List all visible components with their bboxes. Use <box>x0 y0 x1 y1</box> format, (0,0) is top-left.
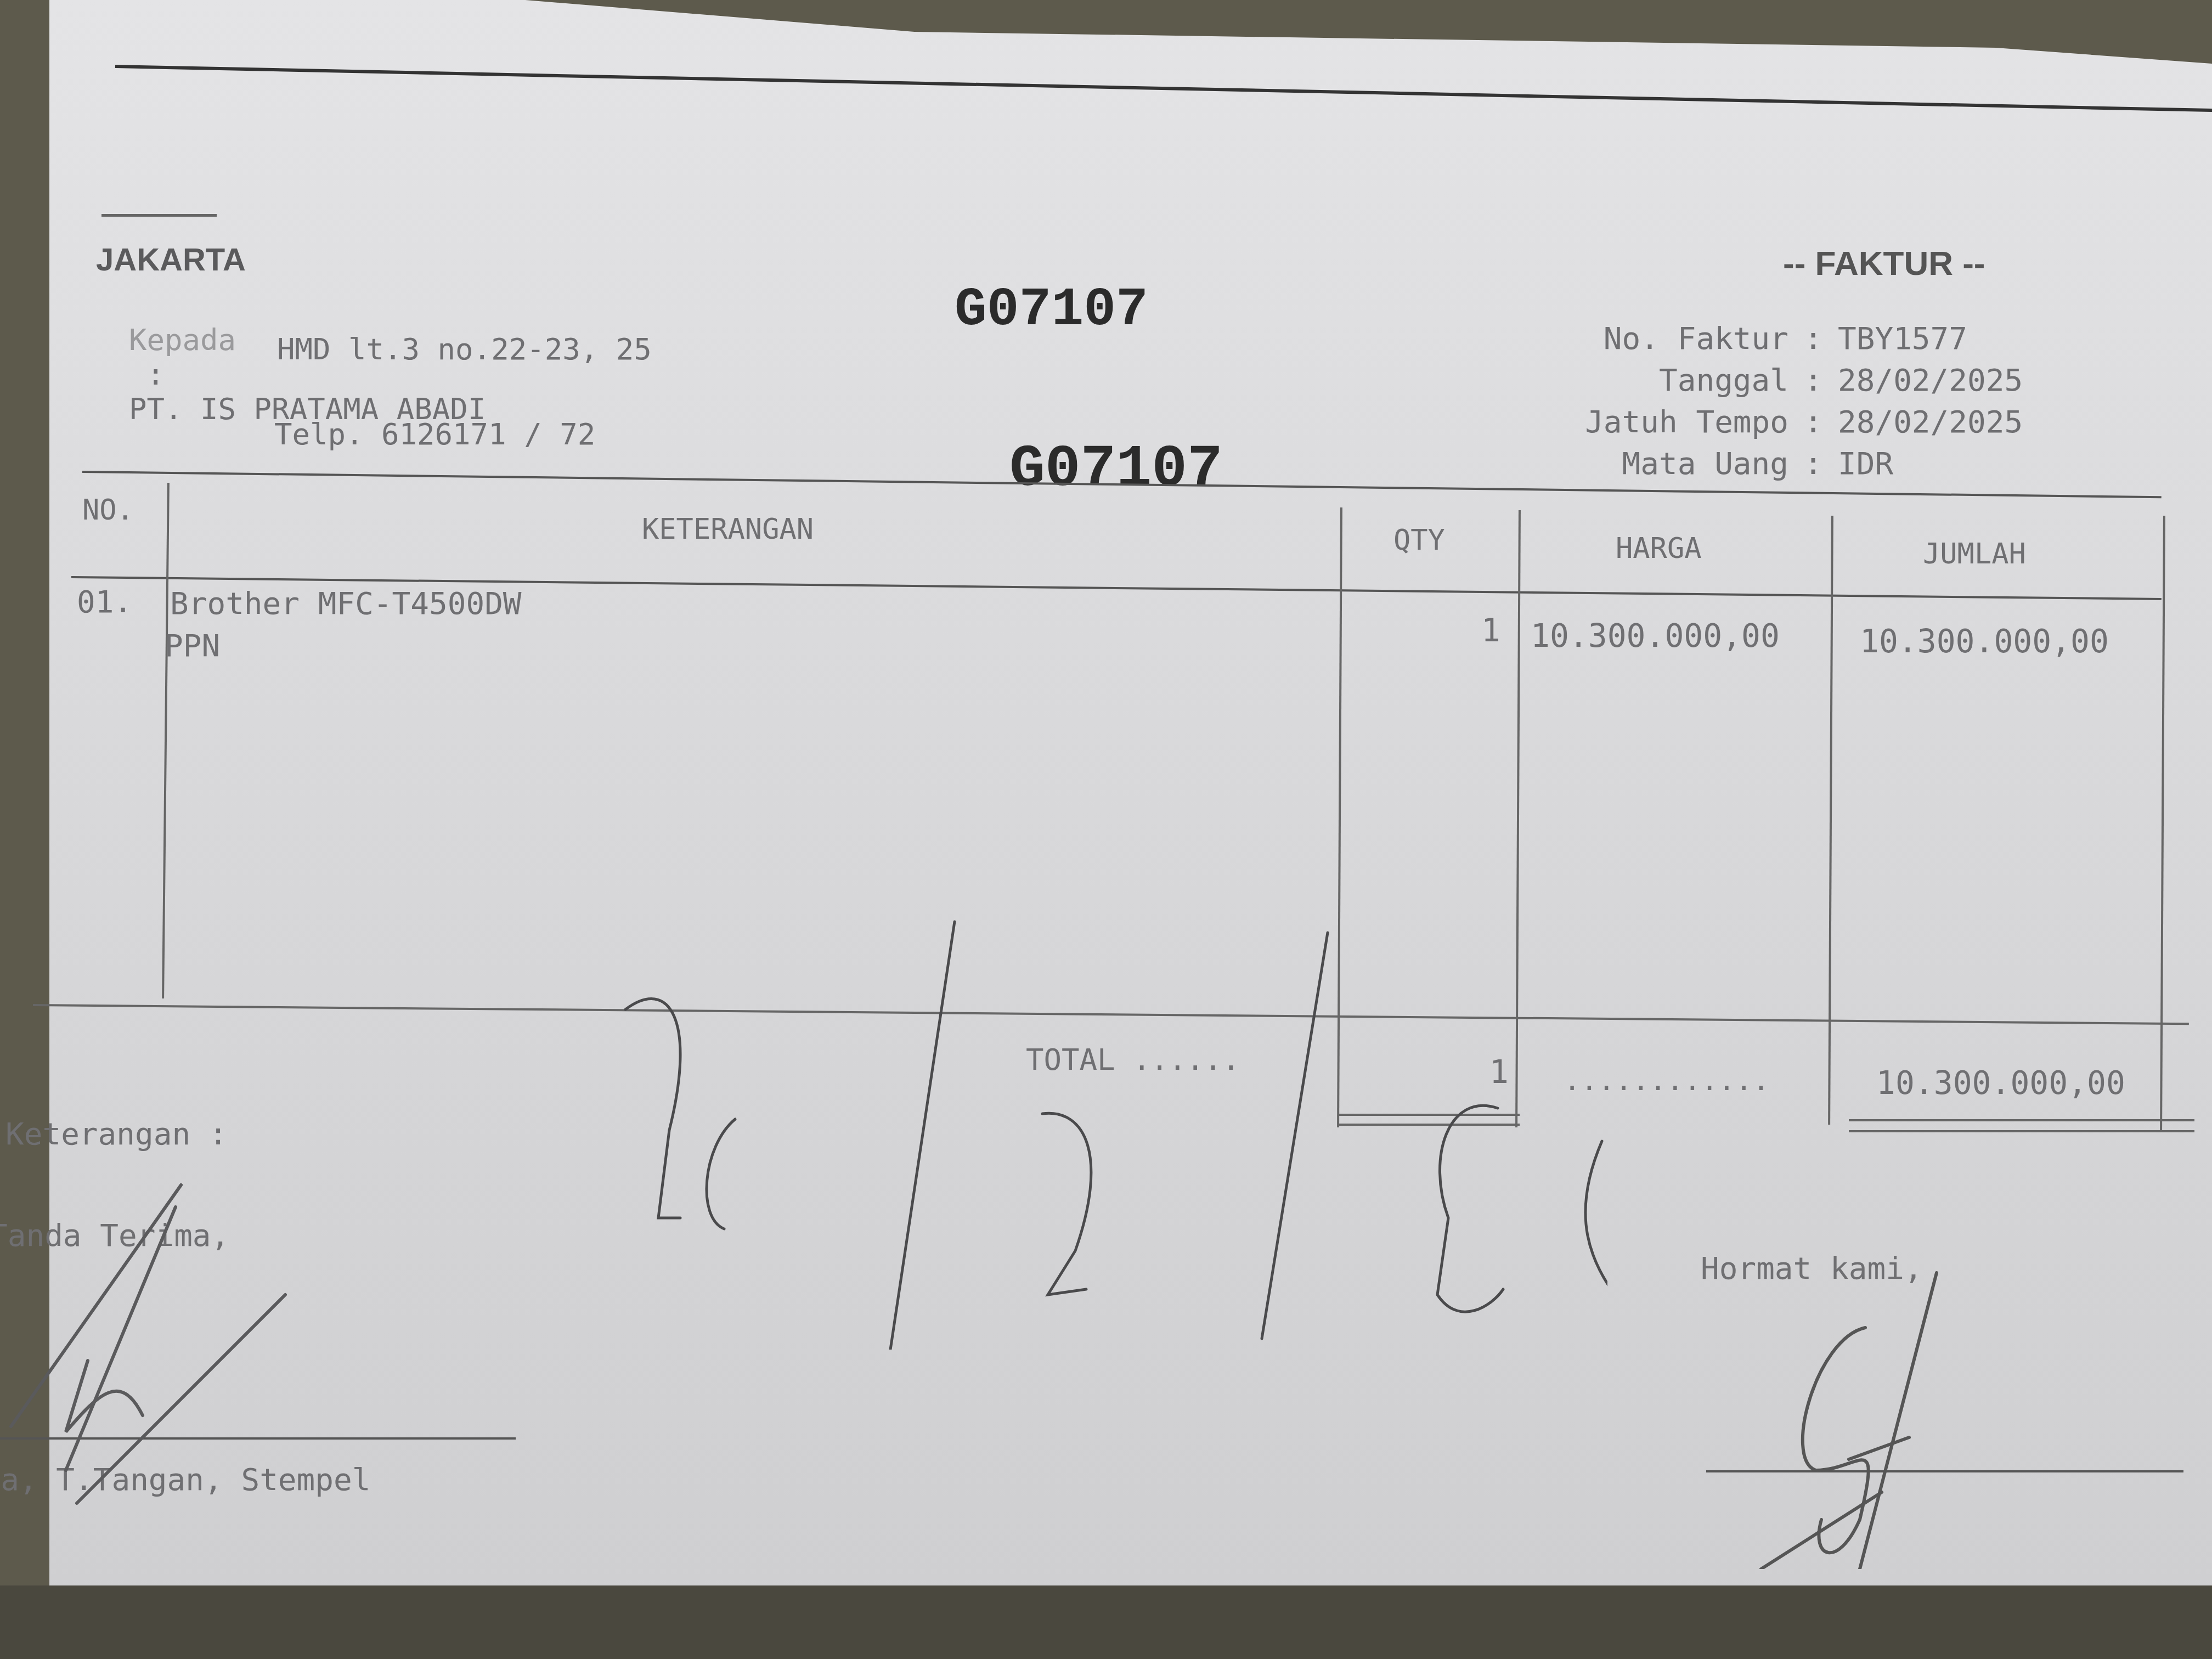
amount-total-underline-1 <box>1849 1119 2194 1121</box>
handwritten-date-icon <box>592 911 1607 1350</box>
meta-value: IDR <box>1838 446 1893 488</box>
header-dash <box>101 214 217 217</box>
meta-value: 28/02/2025 <box>1838 404 2023 446</box>
meta-colon: : <box>1788 363 1838 404</box>
meta-value: 28/02/2025 <box>1838 363 2023 404</box>
row-no: 01. <box>77 584 132 620</box>
col-header-qty: QTY <box>1393 524 1445 557</box>
meta-label: Jatuh Tempo <box>1503 404 1788 446</box>
serial-number-top: G07107 <box>955 280 1148 341</box>
invoice-meta: No. Faktur : TBY1577 Tanggal : 28/02/202… <box>1503 321 2023 488</box>
recipient-phone: Telp. 6126171 / 72 <box>274 417 595 452</box>
meta-date: Tanggal : 28/02/2025 <box>1503 363 2023 404</box>
col-header-amount: JUMLAH <box>1923 538 2026 571</box>
meta-label: Mata Uang <box>1503 446 1788 488</box>
desk-surface <box>0 1585 2212 1659</box>
meta-value: TBY1577 <box>1838 321 1967 363</box>
amount-total-underline-2 <box>1849 1130 2194 1132</box>
invoice-title: -- FAKTUR -- <box>1783 244 1985 283</box>
row-amount: 10.300.000,00 <box>1860 623 2109 660</box>
row-qty: 1 <box>1481 612 1500 649</box>
row-description: Brother MFC-T4500DW <box>170 586 522 622</box>
row-price: 10.300.000,00 <box>1531 617 1780 654</box>
meta-invoice-number: No. Faktur : TBY1577 <box>1503 321 2023 363</box>
meta-currency: Mata Uang : IDR <box>1503 446 2023 488</box>
city-label: JAKARTA <box>96 241 246 278</box>
meta-colon: : <box>1788 404 1838 446</box>
recipient-colon: : <box>129 357 183 392</box>
total-amount: 10.300.000,00 <box>1876 1064 2125 1102</box>
meta-due-date: Jatuh Tempo : 28/02/2025 <box>1503 404 2023 446</box>
notes-label: Keterangan : <box>5 1116 228 1152</box>
serial-number-bottom: G07107 <box>1009 436 1223 503</box>
col-header-no: NO. <box>82 494 134 527</box>
col-header-description: KETERANGAN <box>642 513 814 546</box>
receiver-signature-icon <box>0 1163 329 1520</box>
meta-label: Tanggal <box>1503 363 1788 404</box>
meta-colon: : <box>1788 321 1838 363</box>
recipient-label: Kepada <box>129 323 236 357</box>
meta-colon: : <box>1788 446 1838 488</box>
sender-signature-icon <box>1750 1262 1970 1569</box>
recipient-address: HMD lt.3 no.22-23, 25 <box>277 332 652 366</box>
meta-label: No. Faktur <box>1503 321 1788 363</box>
row-note: PPN <box>165 628 220 664</box>
col-header-price: HARGA <box>1616 532 1702 565</box>
